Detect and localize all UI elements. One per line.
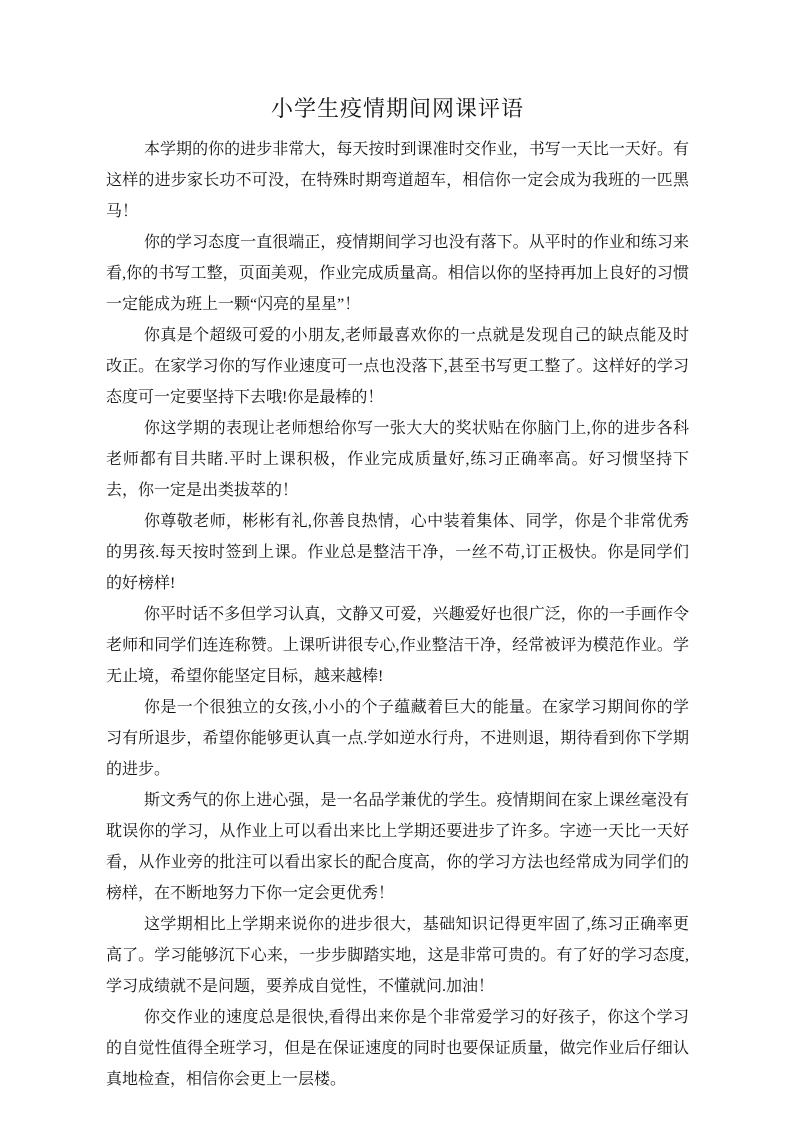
paragraph-10: 你交作业的速度总是很快,看得出来你是个非常爱学习的好孩子，你这个学习的自觉性值得… [106, 1002, 689, 1095]
paragraph-6: 你平时话不多但学习认真，文静又可爱，兴趣爱好也很广泛，你的一手画作令老师和同学们… [106, 599, 689, 692]
paragraph-9: 这学期相比上学期来说你的进步很大，基础知识记得更牢固了,练习正确率更高了。学习能… [106, 909, 689, 1002]
paragraph-2: 你的学习态度一直很端正，疫情期间学习也没有落下。从平时的作业和练习来看,你的书写… [106, 227, 689, 320]
document-page: 小学生疫情期间网课评语 本学期的你的进步非常大，每天按时到课准时交作业，书写一天… [0, 0, 793, 1122]
paragraph-8: 斯文秀气的你上进心强，是一名品学兼优的学生。疫情期间在家上课丝毫没有耽误你的学习… [106, 785, 689, 909]
paragraph-4: 你这学期的表现让老师想给你写一张大大的奖状贴在你脑门上,你的进步各科老师都有目共… [106, 413, 689, 506]
paragraph-7: 你是一个很独立的女孩,小小的个子蕴藏着巨大的能量。在家学习期间你的学习有所退步，… [106, 692, 689, 785]
paragraph-5: 你尊敬老师，彬彬有礼,你善良热情，心中装着集体、同学，你是个非常优秀的男孩.每天… [106, 506, 689, 599]
document-title: 小学生疫情期间网课评语 [106, 95, 689, 123]
paragraph-1: 本学期的你的进步非常大，每天按时到课准时交作业，书写一天比一天好。有这样的进步家… [106, 134, 689, 227]
paragraph-3: 你真是个超级可爱的小朋友,老师最喜欢你的一点就是发现自己的缺点能及时改正。在家学… [106, 320, 689, 413]
